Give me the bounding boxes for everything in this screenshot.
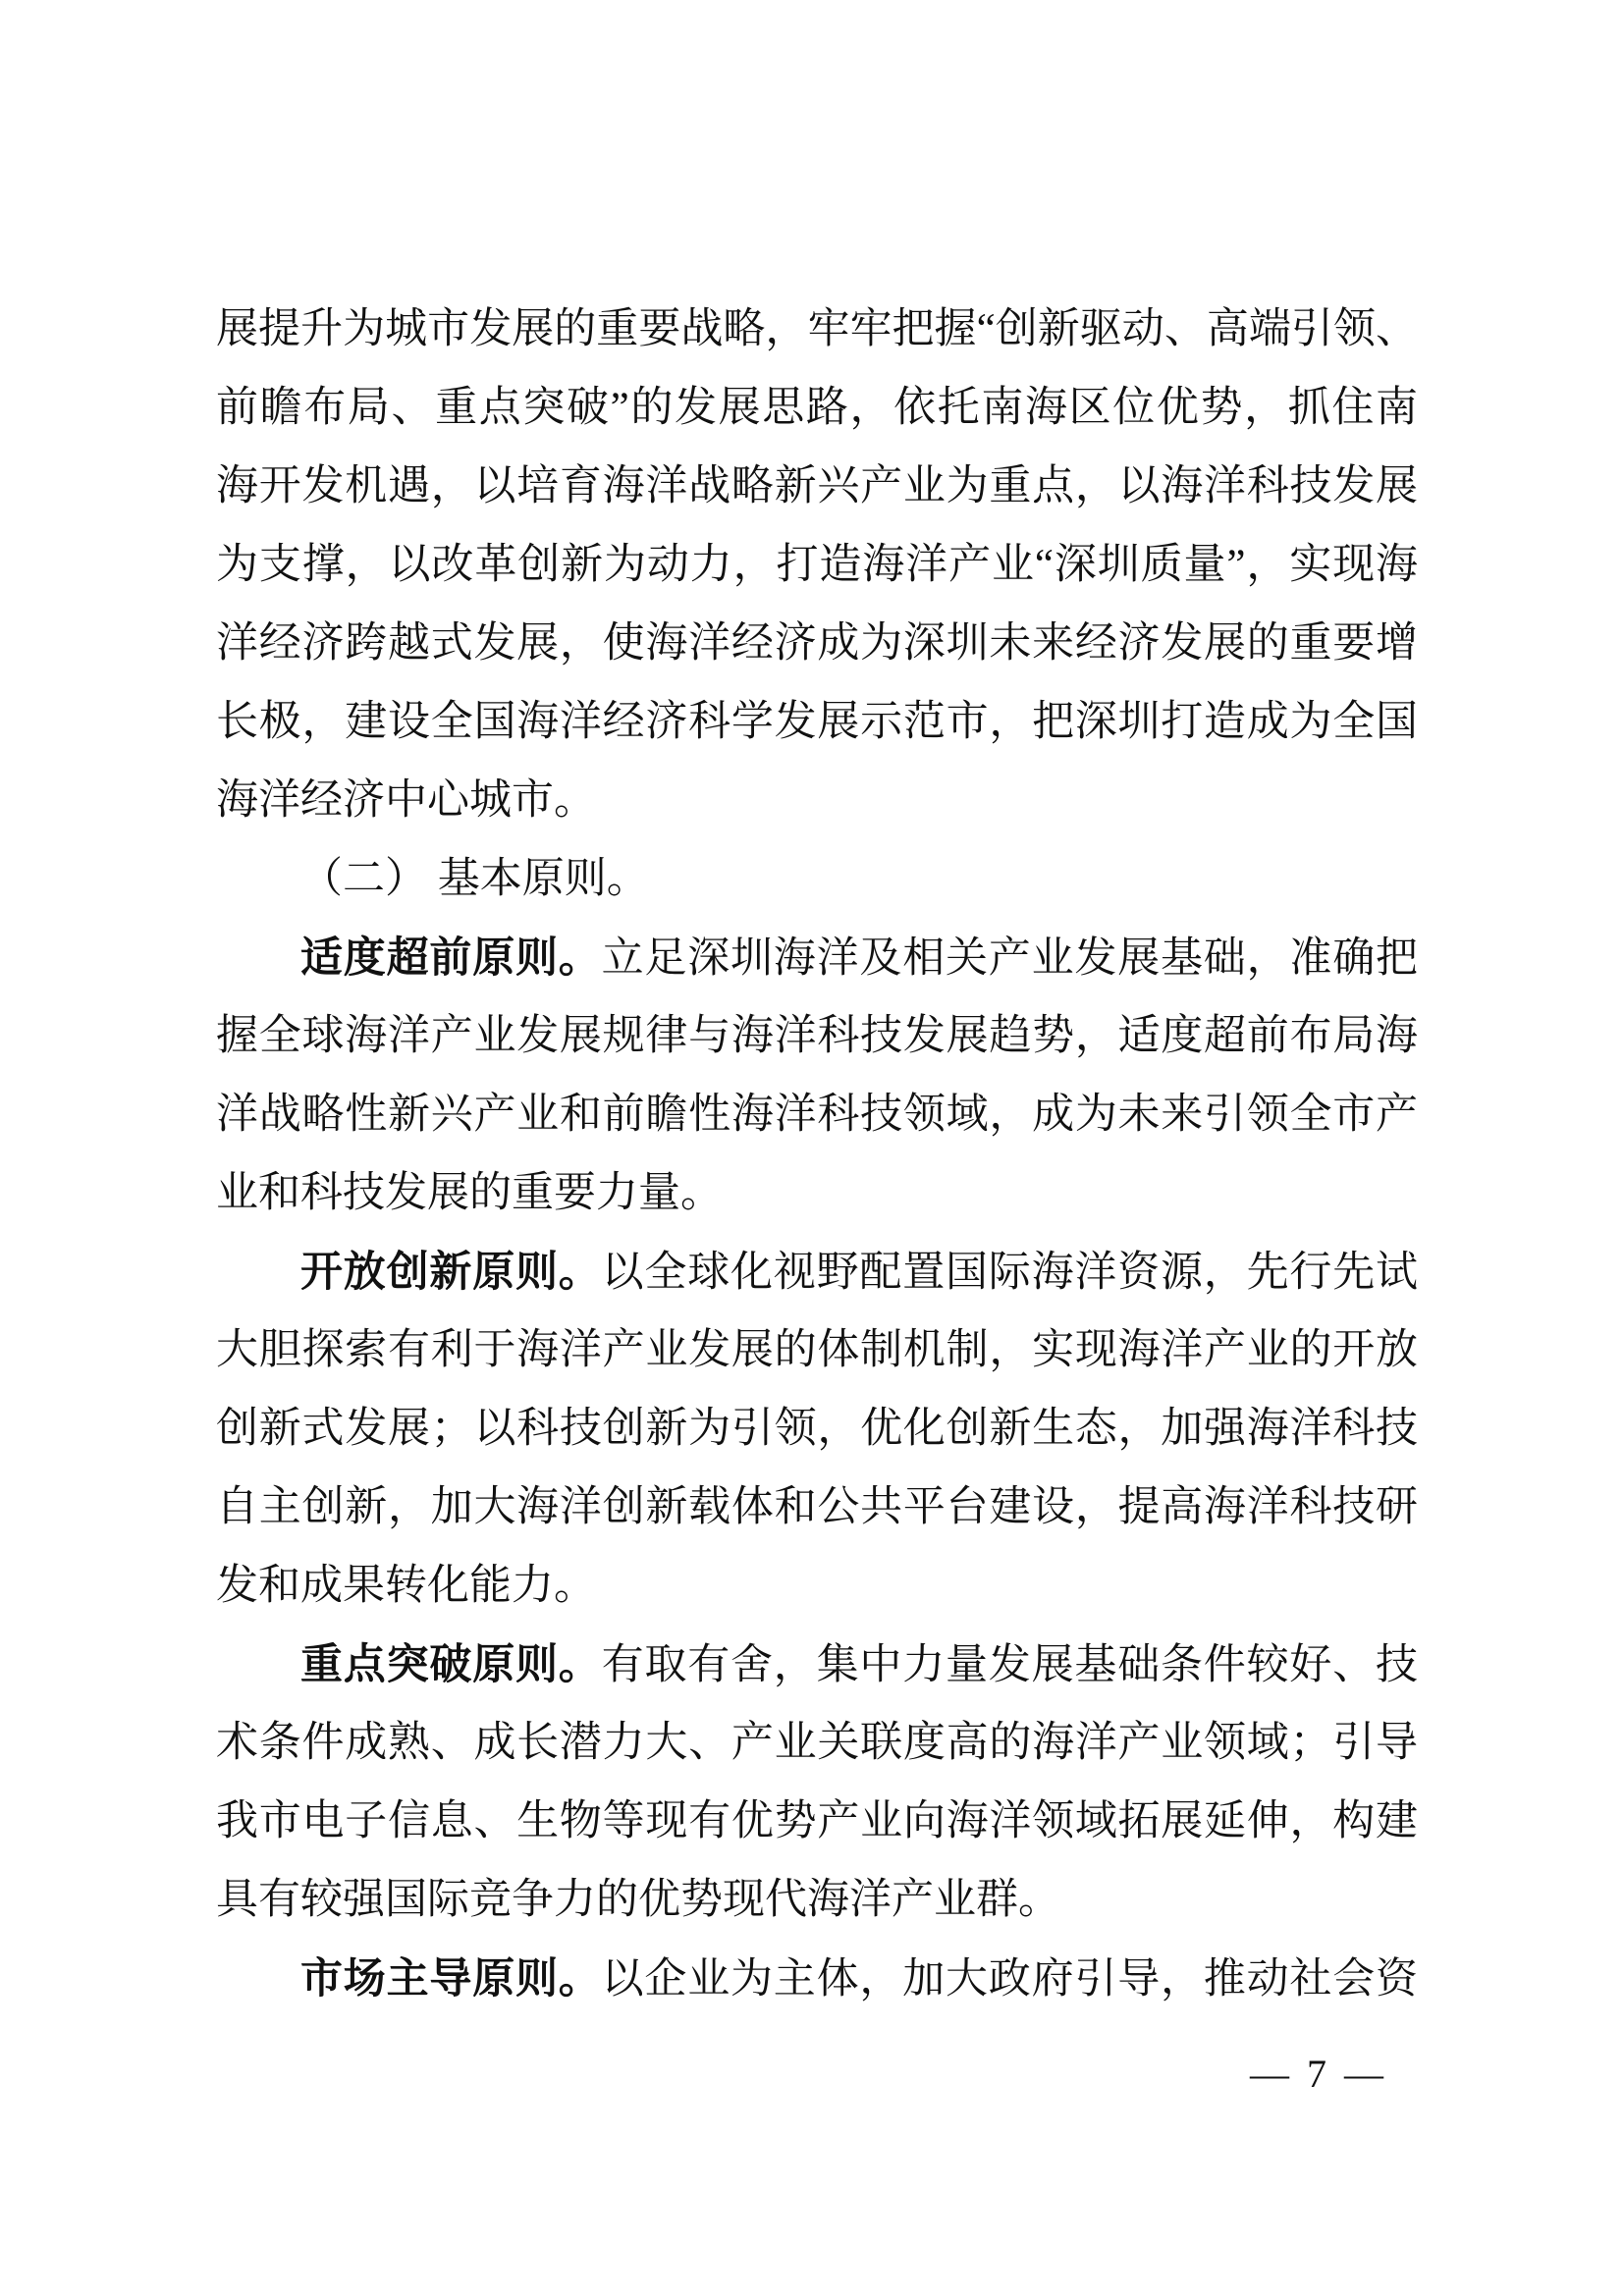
text-line: 开放创新原则。以全球化视野配置国际海洋资源，先行先试 bbox=[216, 1233, 1418, 1311]
principle-lead: 适度超前原则。 bbox=[300, 934, 602, 982]
text-line: 适度超前原则。立足深圳海洋及相关产业发展基础，准确把 bbox=[216, 919, 1418, 997]
page-number: — 7 — bbox=[1250, 2050, 1383, 2099]
text-line: 前瞻布局、重点突破”的发展思路，依托南海区位优势，抓住南 bbox=[216, 369, 1418, 448]
body-text-block: 展提升为城市发展的重要战略，牢牢把握“创新驱动、高端引领、前瞻布局、重点突破”的… bbox=[216, 291, 1418, 2018]
principle-lead: 开放创新原则。 bbox=[300, 1249, 602, 1296]
text-line: 握全球海洋产业发展规律与海洋科技发展趋势，适度超前布局海 bbox=[216, 997, 1418, 1076]
text-line: （二） 基本原则。 bbox=[216, 840, 1418, 919]
principle-lead: 市场主导原则。 bbox=[300, 1955, 602, 2002]
text-line: 海洋经济中心城市。 bbox=[216, 762, 1418, 840]
document-page: 展提升为城市发展的重要战略，牢牢把握“创新驱动、高端引领、前瞻布局、重点突破”的… bbox=[0, 0, 1623, 2296]
text-line: 洋经济跨越式发展，使海洋经济成为深圳未来经济发展的重要增 bbox=[216, 605, 1418, 683]
text-line: 长极，建设全国海洋经济科学发展示范市，把深圳打造成为全国 bbox=[216, 683, 1418, 762]
text-line: 业和科技发展的重要力量。 bbox=[216, 1154, 1418, 1233]
principle-lead: 重点突破原则。 bbox=[300, 1641, 602, 1688]
text-line: 为支撑，以改革创新为动力，打造海洋产业“深圳质量”，实现海 bbox=[216, 526, 1418, 605]
text-line: 市场主导原则。以企业为主体，加大政府引导，推动社会资 bbox=[216, 1940, 1418, 2018]
text-line: 自主创新，加大海洋创新载体和公共平台建设，提高海洋科技研 bbox=[216, 1468, 1418, 1547]
text-line: 重点突破原则。有取有舍，集中力量发展基础条件较好、技 bbox=[216, 1626, 1418, 1704]
text-line: 海开发机遇，以培育海洋战略新兴产业为重点，以海洋科技发展 bbox=[216, 448, 1418, 526]
text-line: 我市电子信息、生物等现有优势产业向海洋领域拓展延伸，构建 bbox=[216, 1783, 1418, 1861]
text-line: 创新式发展；以科技创新为引领，优化创新生态，加强海洋科技 bbox=[216, 1390, 1418, 1468]
text-line: 发和成果转化能力。 bbox=[216, 1547, 1418, 1626]
text-line: 展提升为城市发展的重要战略，牢牢把握“创新驱动、高端引领、 bbox=[216, 291, 1418, 369]
text-line: 洋战略性新兴产业和前瞻性海洋科技领域，成为未来引领全市产 bbox=[216, 1076, 1418, 1154]
text-line: 大胆探索有利于海洋产业发展的体制机制，实现海洋产业的开放 bbox=[216, 1311, 1418, 1390]
text-line: 具有较强国际竞争力的优势现代海洋产业群。 bbox=[216, 1861, 1418, 1940]
text-line: 术条件成熟、成长潜力大、产业关联度高的海洋产业领域；引导 bbox=[216, 1704, 1418, 1783]
